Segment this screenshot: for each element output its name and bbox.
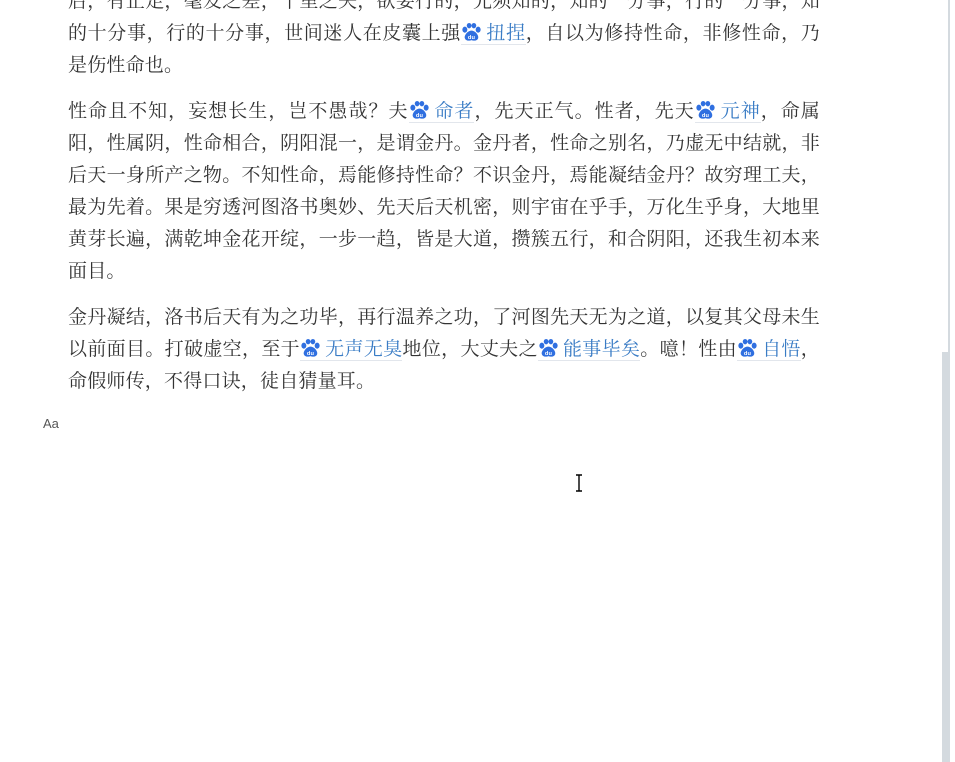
scrollbar-thumb[interactable] bbox=[942, 352, 950, 762]
svg-text:du: du bbox=[744, 351, 752, 357]
svg-text:du: du bbox=[702, 113, 710, 119]
baike-link-wushengwuxiu[interactable]: du无声无臭 bbox=[300, 338, 402, 361]
link-text: 元神 bbox=[720, 100, 761, 122]
text-cursor-icon bbox=[573, 474, 585, 492]
text-span: 性命且不知，妄想长生，岂不愚哉？夫 bbox=[68, 100, 409, 122]
baike-link-mingzhe[interactable]: du命者 bbox=[409, 100, 475, 123]
paragraph-2: 性命且不知，妄想长生，岂不愚哉？夫du命者，先天正气。性者，先天du元神，命属阳… bbox=[68, 95, 820, 287]
baidu-paw-icon: du bbox=[737, 339, 758, 358]
link-text: 自悟 bbox=[762, 338, 801, 360]
text-span: 。噫！性由 bbox=[640, 338, 737, 360]
baidu-paw-icon: du bbox=[300, 339, 321, 358]
baike-link-ziwu[interactable]: du自悟 bbox=[737, 338, 801, 361]
text-span: ，命属阳，性属阴，性命相合，阴阳混一，是谓金丹。金丹者，性命之别名，乃虚无中结就… bbox=[68, 100, 820, 282]
link-text: 扭捏 bbox=[486, 22, 526, 44]
svg-text:du: du bbox=[468, 35, 476, 41]
baidu-paw-icon: du bbox=[461, 23, 482, 42]
paragraph-3: 金丹凝结，洛书后天有为之功毕，再行温养之功，了河图先天无为之道，以复其父母未生以… bbox=[68, 301, 820, 397]
text-span: ，先天正气。性者，先天 bbox=[474, 100, 694, 122]
baike-link-nengshibiyi[interactable]: du能事毕矣 bbox=[538, 338, 640, 361]
link-text: 能事毕矣 bbox=[563, 338, 640, 360]
font-size-toggle[interactable]: Aa bbox=[43, 416, 59, 431]
baidu-paw-icon: du bbox=[695, 101, 716, 120]
baike-link-niunie[interactable]: du扭捏 bbox=[461, 22, 526, 45]
text-span: 地位，大丈夫之 bbox=[402, 338, 537, 360]
article-body: 后，有止足，毫发之差，千里之失，欲要行的，先须知的，知的一分事，行的一分事，知的… bbox=[68, 0, 820, 411]
link-text: 命者 bbox=[434, 100, 475, 122]
baike-link-yuanshen[interactable]: du元神 bbox=[695, 100, 761, 123]
baidu-paw-icon: du bbox=[538, 339, 559, 358]
svg-text:du: du bbox=[545, 351, 553, 357]
link-text: 无声无臭 bbox=[325, 338, 402, 360]
paragraph-1: 后，有止足，毫发之差，千里之失，欲要行的，先须知的，知的一分事，行的一分事，知的… bbox=[68, 0, 820, 81]
baidu-paw-icon: du bbox=[409, 101, 430, 120]
scrollbar-track[interactable] bbox=[948, 0, 950, 352]
svg-text:du: du bbox=[307, 351, 315, 357]
svg-text:du: du bbox=[415, 113, 423, 119]
